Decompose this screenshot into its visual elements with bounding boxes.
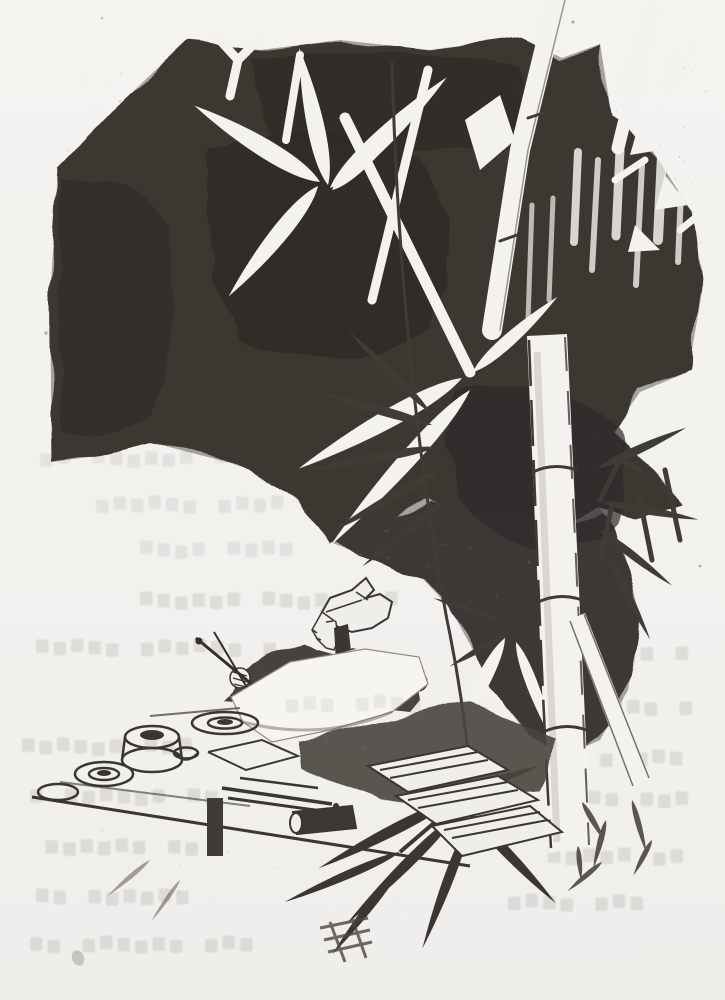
bleedthrough-glyph xyxy=(526,894,539,908)
bleedthrough-glyph xyxy=(57,738,70,752)
bleedthrough-glyph xyxy=(54,642,67,656)
bleedthrough-glyph xyxy=(54,891,67,905)
bleedthrough-glyph xyxy=(588,791,601,805)
bleedthrough-glyph xyxy=(676,791,689,805)
bleedthrough-glyph xyxy=(641,647,654,661)
bleedthrough-glyph xyxy=(118,790,131,804)
bleedthrough-glyph xyxy=(89,641,102,655)
bleedthrough-glyph xyxy=(627,700,640,714)
bleedthrough-glyph xyxy=(606,793,619,807)
bleedthrough-glyph xyxy=(170,940,183,954)
bleedthrough-glyph xyxy=(618,848,631,862)
bleedthrough-glyph xyxy=(128,454,141,468)
bleedthrough-glyph xyxy=(83,791,96,805)
bleedthrough-glyph xyxy=(96,500,109,513)
bleedthrough-glyph xyxy=(166,498,179,512)
bleedthrough-glyph xyxy=(106,643,119,657)
bleedthrough-glyph xyxy=(583,848,596,862)
bleedthrough-glyph xyxy=(271,496,284,510)
bleedthrough-glyph xyxy=(670,752,683,766)
bleedthrough-glyph xyxy=(110,452,123,466)
bleedthrough-glyph xyxy=(298,596,311,610)
bleedthrough-glyph xyxy=(263,541,276,555)
bleedthrough-glyph xyxy=(205,939,218,953)
bleedthrough-glyph xyxy=(140,541,153,555)
bleedthrough-glyph xyxy=(140,592,153,606)
bleedthrough-glyph xyxy=(175,596,188,610)
bleedthrough-glyph xyxy=(175,545,188,559)
bleedthrough-glyph xyxy=(40,454,53,468)
bleedthrough-glyph xyxy=(219,500,232,513)
bleedthrough-glyph xyxy=(193,542,206,556)
bleedthrough-glyph xyxy=(671,849,684,863)
bleedthrough-glyph xyxy=(40,741,53,755)
bleedthrough-glyph xyxy=(356,698,369,712)
bleedthrough-glyph xyxy=(645,702,658,716)
bleedthrough-glyph xyxy=(508,897,521,911)
bleedthrough-glyph xyxy=(145,451,158,465)
bleedthrough-glyph xyxy=(141,643,154,657)
bleedthrough-glyph xyxy=(254,499,267,513)
bleedthrough-glyph xyxy=(193,593,206,607)
ink-pool xyxy=(140,730,164,740)
bleedthrough-glyph xyxy=(280,594,293,608)
brush-tip xyxy=(196,638,203,645)
bleedthrough-glyph xyxy=(110,739,123,753)
ink-pool xyxy=(97,770,111,776)
bleedthrough-glyph xyxy=(240,938,253,952)
bleedthrough-glyph xyxy=(676,646,689,660)
bleedthrough-glyph xyxy=(653,852,666,866)
bleedthrough-glyph xyxy=(22,738,35,752)
bleedthrough-glyph xyxy=(641,792,654,806)
bleedthrough-glyph xyxy=(100,936,113,950)
bleedthrough-glyph xyxy=(263,592,276,606)
bleedthrough-glyph xyxy=(613,894,626,908)
bleedthrough-glyph xyxy=(48,940,61,954)
bleedthrough-glyph xyxy=(106,892,119,906)
bleedthrough-glyph xyxy=(30,937,43,951)
bleedthrough-glyph xyxy=(184,500,197,514)
bleedthrough-glyph xyxy=(46,840,59,854)
bleedthrough-glyph xyxy=(158,543,171,557)
bleedthrough-glyph xyxy=(561,898,574,912)
scroll-end xyxy=(290,813,302,833)
ink-illustration xyxy=(0,0,725,1000)
bleedthrough-glyph xyxy=(163,454,176,468)
bleedthrough-glyph xyxy=(236,496,249,510)
bleedthrough-glyph xyxy=(543,896,556,910)
bleedthrough-glyph xyxy=(228,592,241,606)
bleedthrough-glyph xyxy=(223,936,236,950)
bleedthrough-glyph xyxy=(391,697,404,711)
halftone-patch xyxy=(60,40,200,176)
bleedthrough-glyph xyxy=(89,890,102,904)
bleedthrough-glyph xyxy=(118,938,131,952)
bleedthrough-glyph xyxy=(409,699,422,713)
bleedthrough-glyph xyxy=(36,888,49,902)
bleedthrough-glyph xyxy=(158,594,171,608)
bleedthrough-glyph xyxy=(680,702,693,716)
bleedthrough-glyph xyxy=(601,851,614,865)
bleedthrough-glyph xyxy=(131,499,144,513)
bleedthrough-glyph xyxy=(228,541,241,555)
bleedthrough-glyph xyxy=(36,639,49,653)
bleedthrough-glyph xyxy=(75,740,88,754)
bleedthrough-glyph xyxy=(100,788,113,802)
bleedthrough-glyph xyxy=(596,898,609,912)
bleedthrough-glyph xyxy=(71,639,84,653)
bleedthrough-glyph xyxy=(304,696,317,710)
bleedthrough-glyph xyxy=(229,643,242,657)
bleedthrough-glyph xyxy=(321,699,334,713)
bleedthrough-glyph xyxy=(658,795,671,809)
ink-pool xyxy=(217,719,233,725)
wash-dark-blotch xyxy=(60,179,173,434)
scanned-page xyxy=(0,0,725,1000)
bleedthrough-glyph xyxy=(153,937,166,951)
bleedthrough-glyph xyxy=(631,897,644,911)
bleedthrough-glyph xyxy=(149,496,162,510)
bleedthrough-glyph xyxy=(145,738,158,752)
bleedthrough-glyph xyxy=(264,643,277,657)
bleedthrough-glyph xyxy=(159,639,172,653)
bleedthrough-glyph xyxy=(176,642,189,656)
bleedthrough-glyph xyxy=(286,699,299,713)
bleedthrough-glyph xyxy=(135,792,148,806)
bleedthrough-glyph xyxy=(374,695,387,709)
bleedthrough-glyph xyxy=(210,596,223,610)
bleedthrough-glyph xyxy=(114,496,127,510)
bleedthrough-glyph xyxy=(653,750,666,764)
bleedthrough-glyph xyxy=(83,939,96,953)
bleedthrough-glyph xyxy=(566,852,579,866)
bleedthrough-glyph xyxy=(92,742,105,756)
bleedthrough-glyph xyxy=(245,544,258,558)
bleedthrough-glyph xyxy=(135,940,148,954)
bleedthrough-glyph xyxy=(600,754,613,768)
bleedthrough-glyph xyxy=(280,543,293,557)
